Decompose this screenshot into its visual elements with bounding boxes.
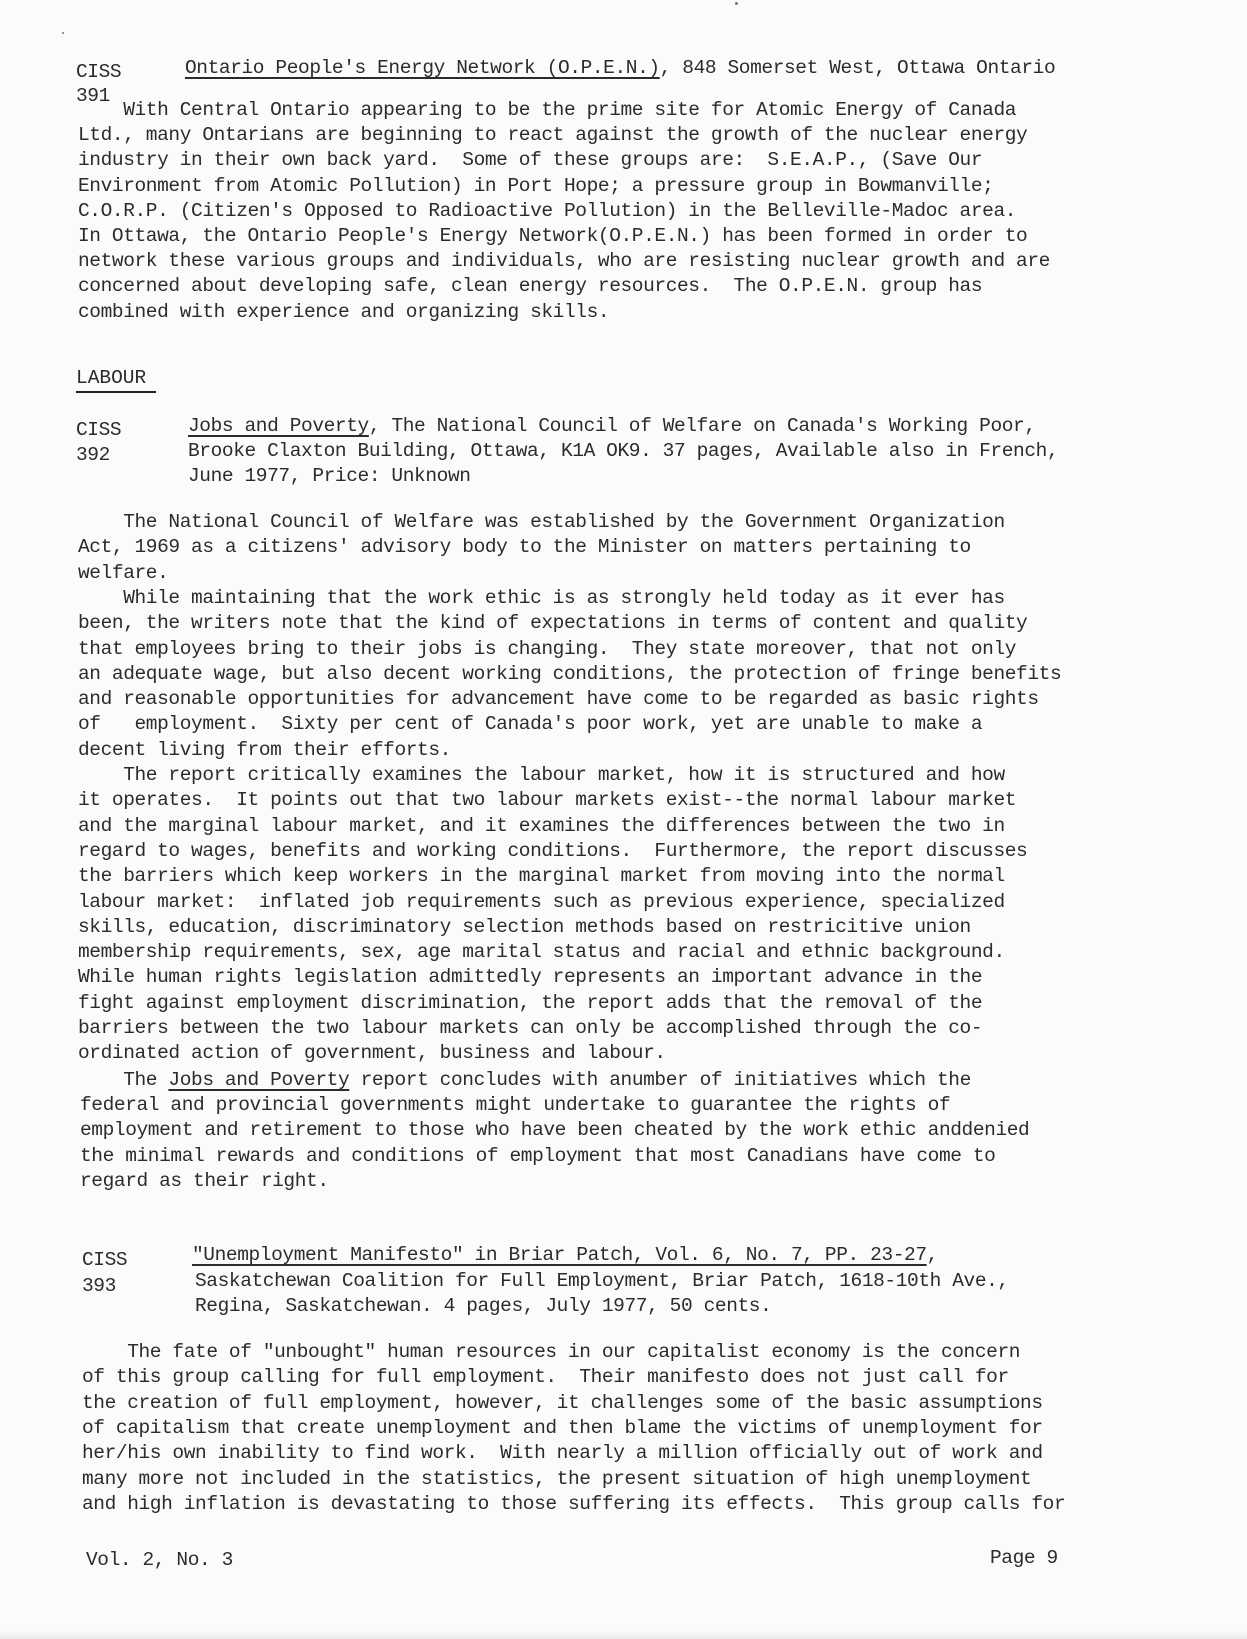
entry-391-body-line: With Central Ontario appearing to be the… bbox=[78, 98, 1016, 123]
document-page: CISS 391 Ontario People's Energy Network… bbox=[0, 0, 1247, 1639]
entry-393-body-line: and high inflation is devastating to tho… bbox=[82, 1492, 1065, 1517]
footer-issue: Vol. 2, No. 3 bbox=[86, 1548, 233, 1573]
entry-393-body-line: her/his own inability to find work. With… bbox=[82, 1441, 1043, 1466]
entry-391-body-line: combined with experience and organizing … bbox=[78, 300, 609, 325]
citation-title: Ontario People's Energy Network (O.P.E.N… bbox=[185, 57, 660, 79]
entry-392-body-line: it operates. It points out that two labo… bbox=[78, 788, 1016, 813]
citation-393-line-2: Saskatchewan Coalition for Full Employme… bbox=[195, 1269, 1009, 1294]
closing-title: Jobs and Poverty bbox=[168, 1069, 349, 1091]
closing-rest: report concludes with anumber of initiat… bbox=[349, 1069, 971, 1091]
citation-title: Jobs and Poverty bbox=[188, 415, 369, 437]
entry-391-body-line: C.O.R.P. (Citizen's Opposed to Radioacti… bbox=[78, 199, 1016, 224]
entry-392-body-line: and reasonable opportunities for advance… bbox=[78, 687, 1039, 712]
entry-392-body-line: barriers between the two labour markets … bbox=[78, 1016, 982, 1041]
paper-speck bbox=[735, 2, 738, 5]
citation-rest: , bbox=[927, 1244, 938, 1266]
ciss-number-392: 392 bbox=[76, 443, 110, 468]
entry-391-body-line: In Ottawa, the Ontario People's Energy N… bbox=[78, 224, 1027, 249]
page-bottom-edge bbox=[0, 1631, 1247, 1639]
citation-393-line-1: "Unemployment Manifesto" in Briar Patch,… bbox=[192, 1243, 938, 1268]
paper-speck bbox=[62, 32, 64, 34]
entry-392-body-line: of employment. Sixty per cent of Canada'… bbox=[78, 712, 982, 737]
ciss-label-392: CISS bbox=[76, 418, 121, 443]
entry-392-body-line: labour market: inflated job requirements… bbox=[78, 890, 1005, 915]
entry-392-body-line: and the marginal labour market, and it e… bbox=[78, 814, 1005, 839]
entry-392-body-line: decent living from their efforts. bbox=[78, 738, 451, 763]
citation-392-line-3: June 1977, Price: Unknown bbox=[188, 464, 471, 489]
citation-392-line-2: Brooke Claxton Building, Ottawa, K1A OK9… bbox=[188, 439, 1058, 464]
entry-392-body-line: ordinated action of government, business… bbox=[78, 1041, 666, 1066]
entry-392-body-line: While maintaining that the work ethic is… bbox=[78, 586, 1005, 611]
entry-392-body-line: an adequate wage, but also decent workin… bbox=[78, 662, 1061, 687]
entry-392-body-line: been, the writers note that the kind of … bbox=[78, 611, 1027, 636]
entry-392-body-line: regard to wages, benefits and working co… bbox=[78, 839, 1027, 864]
entry-392-body-line: skills, education, discriminatory select… bbox=[78, 915, 971, 940]
citation-rest: , The National Council of Welfare on Can… bbox=[369, 415, 1036, 437]
entry-392-body-line: fight against employment discrimination,… bbox=[78, 991, 982, 1016]
ciss-label-393: CISS bbox=[82, 1248, 127, 1273]
entry-392-body-line: The National Council of Welfare was esta… bbox=[78, 510, 1005, 535]
footer-page-number: Page 9 bbox=[990, 1546, 1058, 1571]
entry-392-body-line: the barriers which keep workers in the m… bbox=[78, 864, 1005, 889]
entry-391-body-line: industry in their own back yard. Some of… bbox=[78, 148, 982, 173]
entry-392-body-line: membership requirements, sex, age marita… bbox=[78, 940, 1005, 965]
citation-391-line-1: Ontario People's Energy Network (O.P.E.N… bbox=[185, 56, 1055, 81]
entry-393-body-line: many more not included in the statistics… bbox=[82, 1467, 1031, 1492]
entry-392-body-line: The report critically examines the labou… bbox=[78, 763, 1005, 788]
entry-393-body-line: of capitalism that create unemployment a… bbox=[82, 1416, 1043, 1441]
ciss-number-393: 393 bbox=[82, 1274, 116, 1299]
citation-392-line-1: Jobs and Poverty, The National Council o… bbox=[188, 414, 1036, 439]
citation-393-line-3: Regina, Saskatchewan. 4 pages, July 1977… bbox=[195, 1294, 771, 1319]
entry-392-body-line: While human rights legislation admittedl… bbox=[78, 965, 982, 990]
entry-391-body-line: network these various groups and individ… bbox=[78, 249, 1050, 274]
citation-title: "Unemployment Manifesto" in Briar Patch,… bbox=[192, 1244, 927, 1266]
closing-lead: The bbox=[78, 1069, 168, 1091]
entry-392-body-line: that employees bring to their jobs is ch… bbox=[78, 637, 1016, 662]
entry-393-body-line: the creation of full employment, however… bbox=[82, 1391, 1043, 1416]
section-heading-labour: LABOUR bbox=[76, 366, 156, 393]
closing-paragraph-line: regard as their right. bbox=[80, 1169, 329, 1194]
entry-391-body-line: Ltd., many Ontarians are beginning to re… bbox=[78, 123, 1027, 148]
entry-392-body-line: Act, 1969 as a citizens' advisory body t… bbox=[78, 535, 971, 560]
ciss-label-391: CISS bbox=[76, 60, 121, 85]
entry-392-body-line: welfare. bbox=[78, 561, 168, 586]
closing-paragraph-line: the minimal rewards and conditions of em… bbox=[80, 1144, 995, 1169]
closing-paragraph-line: federal and provincial governments might… bbox=[80, 1093, 950, 1118]
closing-paragraph-line: employment and retirement to those who h… bbox=[80, 1118, 1029, 1143]
closing-first-line: The Jobs and Poverty report concludes wi… bbox=[78, 1068, 971, 1093]
entry-393-body-line: of this group calling for full employmen… bbox=[82, 1365, 1009, 1390]
entry-393-body-line: The fate of "unbought" human resources i… bbox=[82, 1340, 1020, 1365]
citation-rest: , 848 Somerset West, Ottawa Ontario bbox=[660, 57, 1056, 79]
entry-391-body-line: Environment from Atomic Pollution) in Po… bbox=[78, 174, 993, 199]
entry-391-body-line: concerned about developing safe, clean e… bbox=[78, 274, 982, 299]
